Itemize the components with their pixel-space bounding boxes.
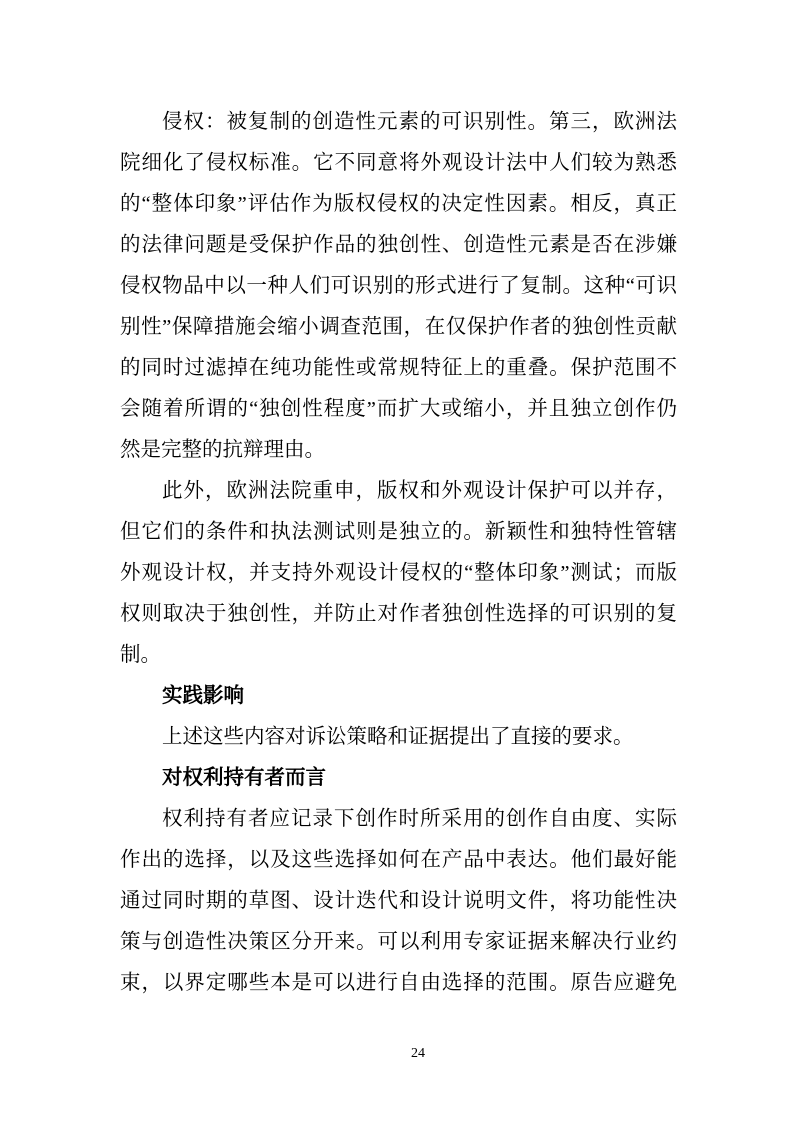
text-line: 上述这些内容对诉讼策略和证据提出了直接的要求。 (120, 717, 677, 758)
text-line: 但它们的条件和执法测试则是独立的。新颖性和独特性管辖 (120, 512, 677, 553)
text-line: 权则取决于独创性，并防止对作者独创性选择的可识别的复 (120, 594, 677, 635)
text-line: 院细化了侵权标准。它不同意将外观设计法中人们较为熟悉 (120, 143, 677, 184)
page-number: 24 (403, 1045, 433, 1063)
paragraph-infringement-standard: 侵权：被复制的创造性元素的可识别性。第三，欧洲法 院细化了侵权标准。它不同意将外… (120, 102, 677, 471)
document-body: 侵权：被复制的创造性元素的可识别性。第三，欧洲法 院细化了侵权标准。它不同意将外… (120, 102, 677, 1004)
text-line: 此外，欧洲法院重申，版权和外观设计保护可以并存， (120, 471, 677, 512)
text-line: 会随着所谓的“独创性程度”而扩大或缩小，并且独立创作仍 (120, 389, 677, 430)
paragraph-coexistence: 此外，欧洲法院重申，版权和外观设计保护可以并存， 但它们的条件和执法测试则是独立… (120, 471, 677, 676)
text-line: 制。 (120, 635, 677, 676)
text-line: 侵权：被复制的创造性元素的可识别性。第三，欧洲法 (120, 102, 677, 143)
text-line: 策与创造性决策区分开来。可以利用专家证据来解决行业约 (120, 922, 677, 963)
section-heading-rights-holders: 对权利持有者而言 (120, 758, 677, 799)
text-line: 外观设计权，并支持外观设计侵权的“整体印象”测试；而版 (120, 553, 677, 594)
text-line: 通过同时期的草图、设计迭代和设计说明文件，将功能性决 (120, 881, 677, 922)
paragraph-litigation-requirements: 上述这些内容对诉讼策略和证据提出了直接的要求。 (120, 717, 677, 758)
section-heading-practical-impact: 实践影响 (120, 676, 677, 717)
text-line: 束，以界定哪些本是可以进行自由选择的范围。原告应避免 (120, 963, 677, 1004)
document-page: 侵权：被复制的创造性元素的可识别性。第三，欧洲法 院细化了侵权标准。它不同意将外… (0, 0, 793, 1122)
text-line: 然是完整的抗辩理由。 (120, 430, 677, 471)
text-line: 的法律问题是受保护作品的独创性、创造性元素是否在涉嫌 (120, 225, 677, 266)
text-line: 别性”保障措施会缩小调查范围，在仅保护作者的独创性贡献 (120, 307, 677, 348)
text-line: 侵权物品中以一种人们可识别的形式进行了复制。这种“可识 (120, 266, 677, 307)
text-line: 的同时过滤掉在纯功能性或常规特征上的重叠。保护范围不 (120, 348, 677, 389)
text-line: 作出的选择，以及这些选择如何在产品中表达。他们最好能 (120, 840, 677, 881)
text-line: 的“整体印象”评估作为版权侵权的决定性因素。相反，真正 (120, 184, 677, 225)
text-line: 权利持有者应记录下创作时所采用的创作自由度、实际 (120, 799, 677, 840)
paragraph-rights-holder-advice: 权利持有者应记录下创作时所采用的创作自由度、实际 作出的选择，以及这些选择如何在… (120, 799, 677, 1004)
